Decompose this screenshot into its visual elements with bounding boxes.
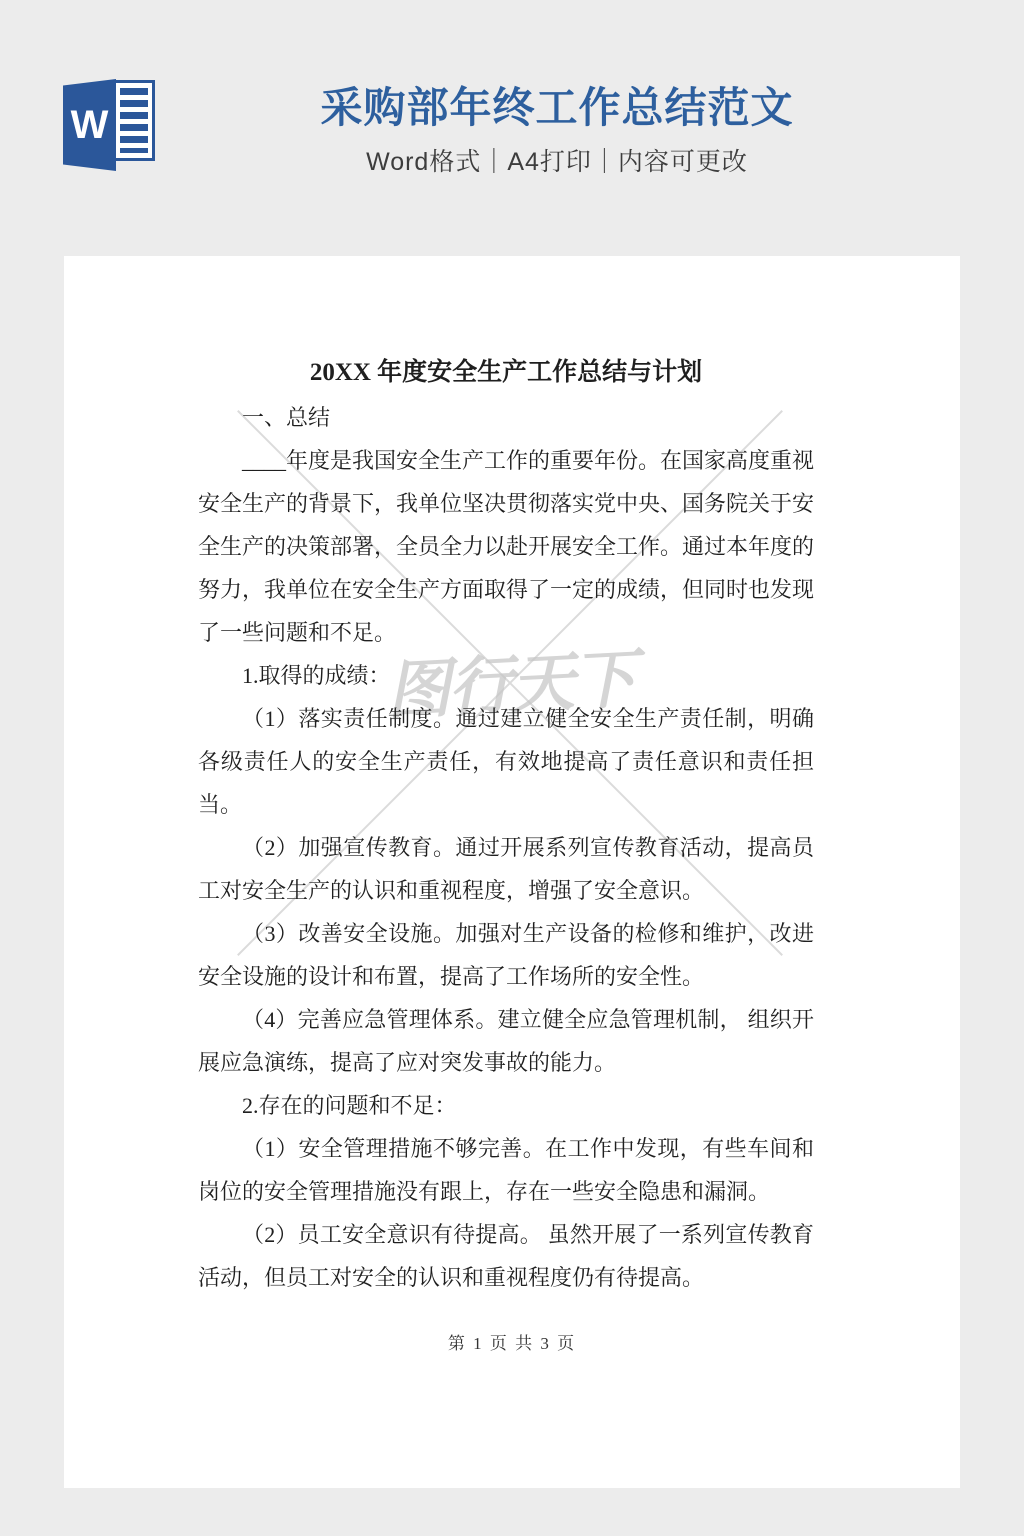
word-icon-letter: W	[71, 105, 109, 145]
word-icon-text-lines	[120, 88, 148, 153]
page-title: 采购部年终工作总结范文	[177, 84, 937, 132]
document-paragraph: （1）安全管理措施不够完善。在工作中发现，有些车间和岗位的安全管理措施没有跟上，…	[198, 1127, 814, 1213]
document-paragraph: ____年度是我国安全生产工作的重要年份。在国家高度重视安全生产的背景下，我单位…	[198, 439, 814, 654]
page-subtitle: Word格式｜A4打印｜内容可更改	[177, 142, 937, 178]
document-paragraph: （2）加强宣传教育。通过开展系列宣传教育活动，提高员工对安全生产的认识和重视程度…	[198, 826, 814, 912]
document-paragraph: 一、总结	[198, 396, 814, 439]
document-page: 图行天下 20XX 年度安全生产工作总结与计划 一、总结 ____年度是我国安全…	[64, 256, 960, 1488]
document-paragraph: （1）落实责任制度。通过建立健全安全生产责任制，明确各级责任人的安全生产责任，有…	[198, 697, 814, 826]
document-paragraph: （2）员工安全意识有待提高。 虽然开展了一系列宣传教育活动，但员工对安全的认识和…	[198, 1213, 814, 1299]
document-content: 20XX 年度安全生产工作总结与计划 一、总结 ____年度是我国安全生产工作的…	[198, 256, 814, 1299]
document-body: 一、总结 ____年度是我国安全生产工作的重要年份。在国家高度重视安全生产的背景…	[198, 396, 814, 1299]
document-paragraph: （4）完善应急管理体系。建立健全应急管理机制， 组织开展应急演练，提高了应对突发…	[198, 998, 814, 1084]
header-text: 采购部年终工作总结范文 Word格式｜A4打印｜内容可更改	[177, 84, 937, 178]
document-paragraph: （3）改善安全设施。加强对生产设备的检修和维护，改进安全设施的设计和布置，提高了…	[198, 912, 814, 998]
site-header: W 采购部年终工作总结范文 Word格式｜A4打印｜内容可更改	[0, 0, 1024, 256]
document-paragraph: 1.取得的成绩：	[198, 654, 814, 697]
document-paragraph: 2.存在的问题和不足：	[198, 1084, 814, 1127]
document-title: 20XX 年度安全生产工作总结与计划	[198, 350, 814, 396]
word-icon-cover: W	[63, 79, 116, 171]
page-number: 第 1 页 共 3 页	[64, 1332, 960, 1356]
word-document-icon: W	[63, 79, 157, 171]
word-icon-sheet	[113, 80, 155, 161]
